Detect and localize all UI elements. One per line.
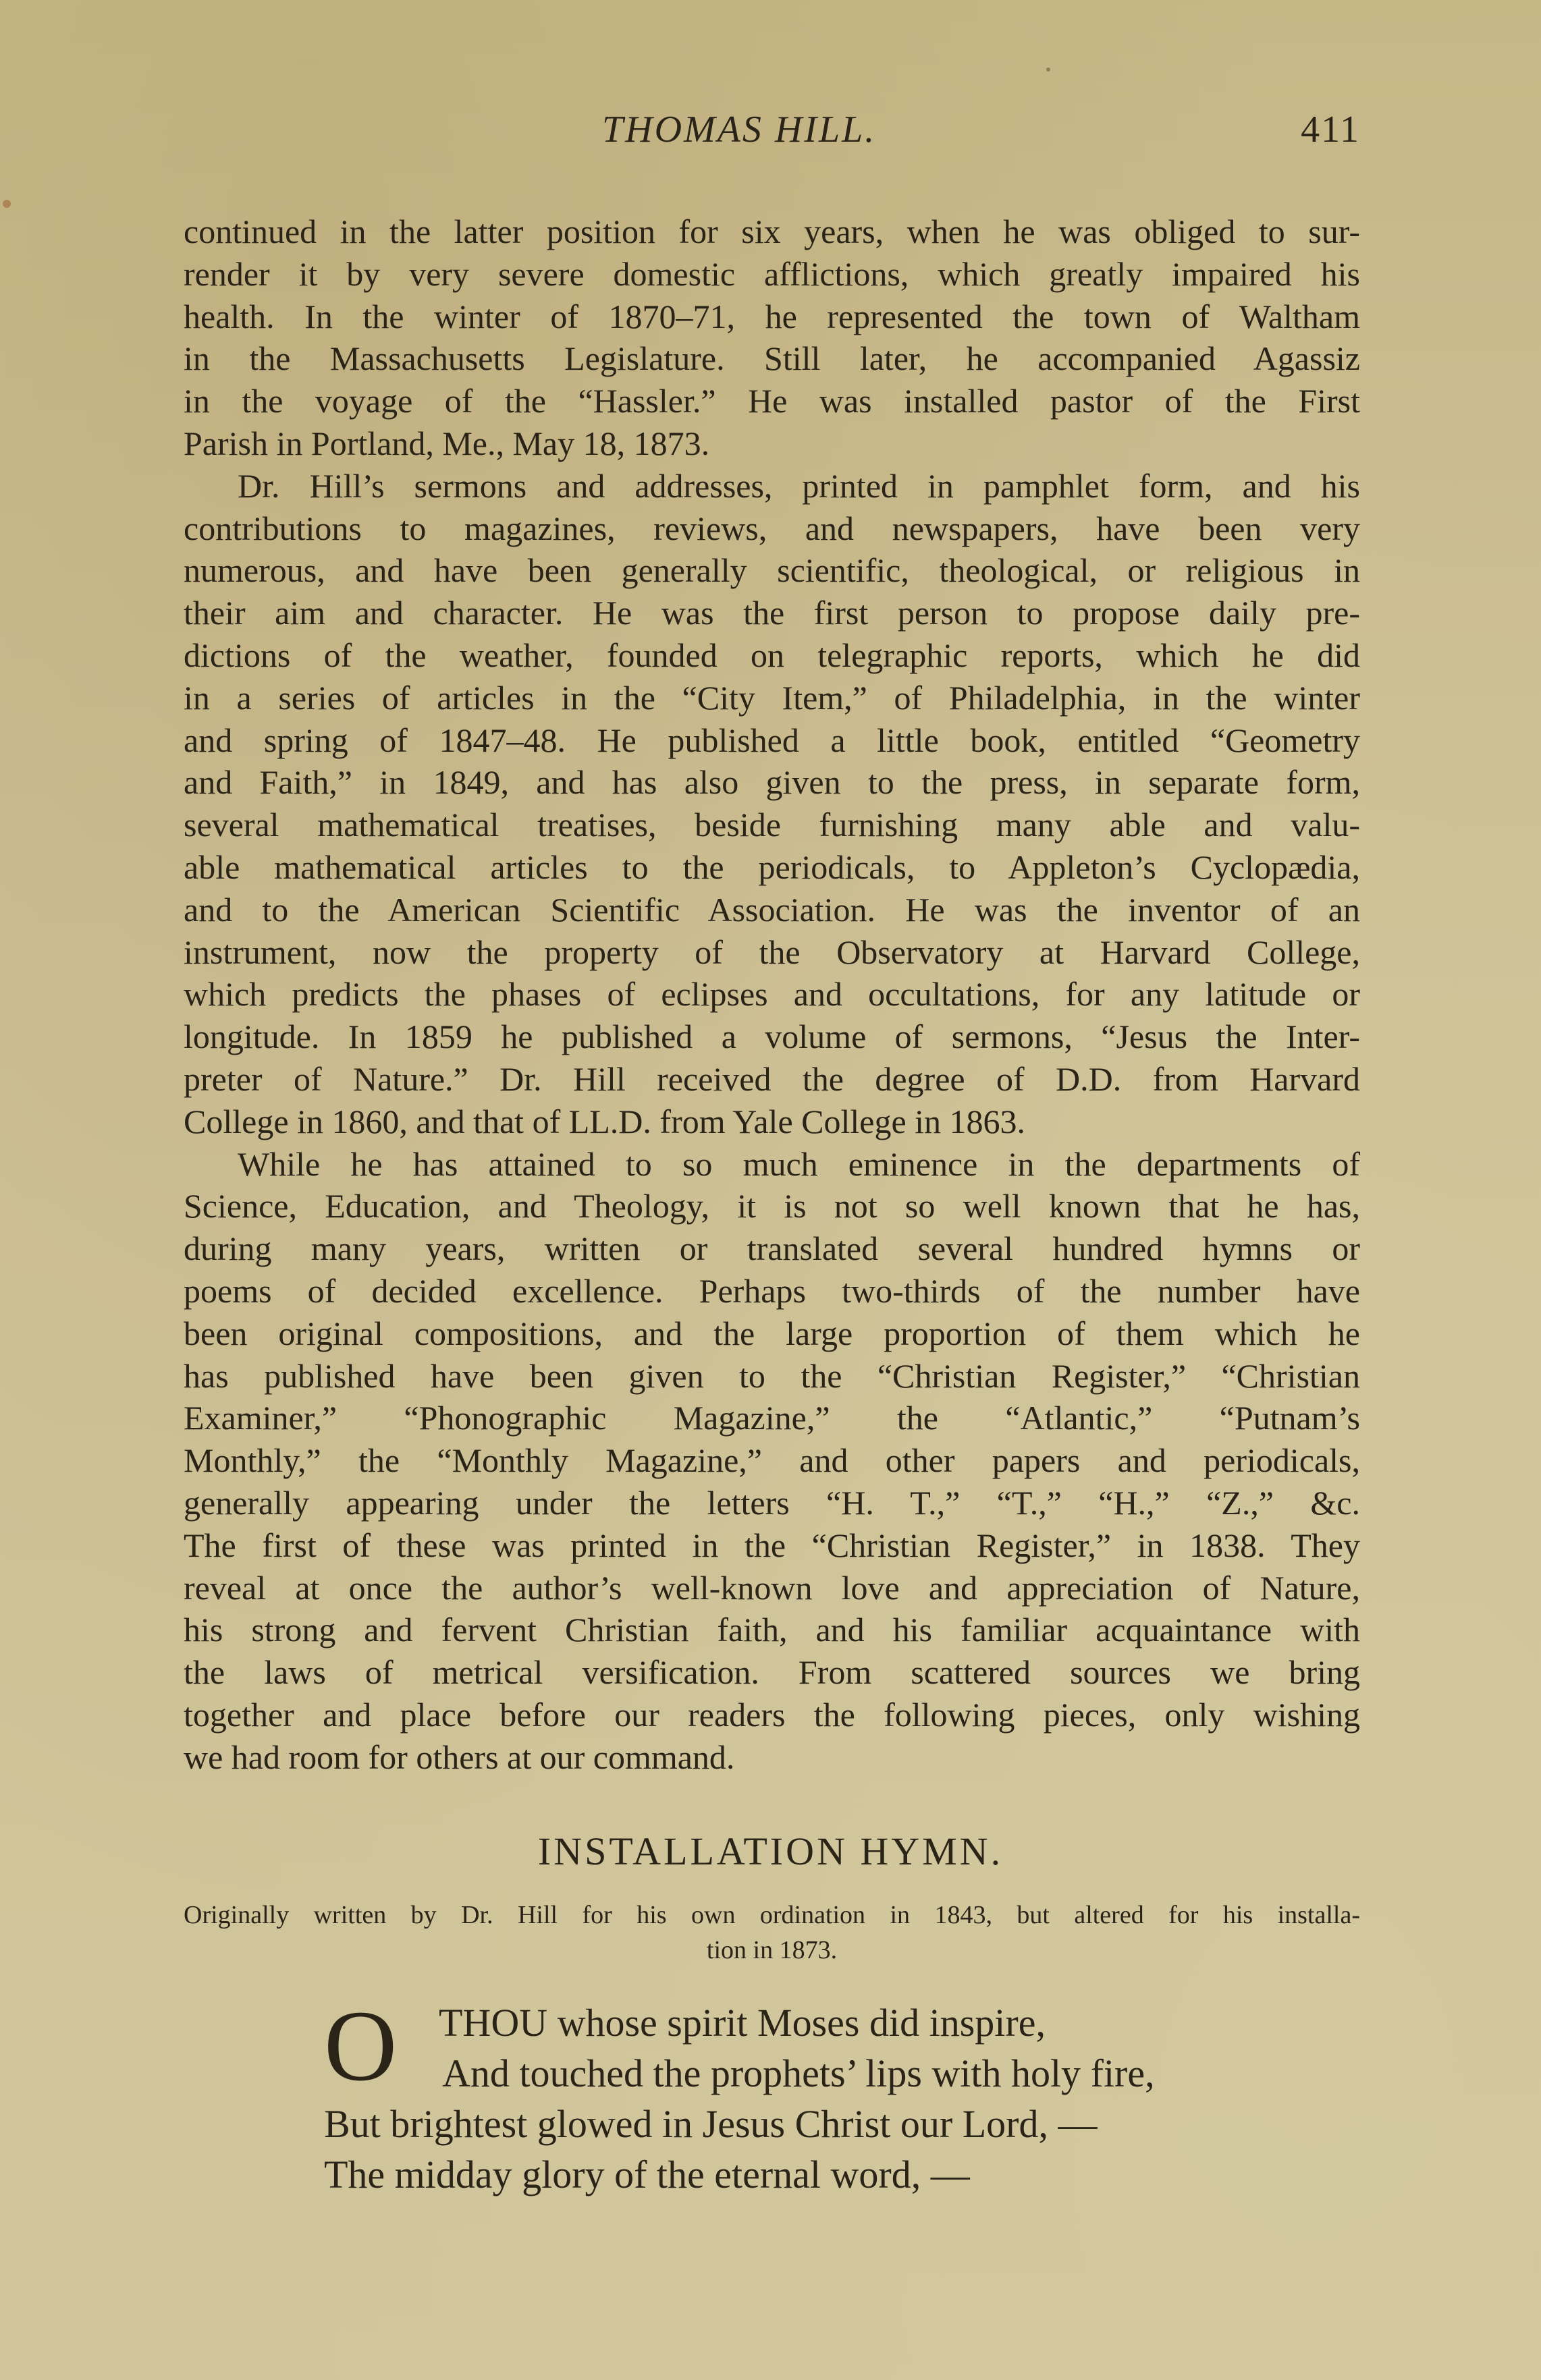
text-line: together and place before our readers th… (184, 1694, 1360, 1736)
text-line: been original compositions, and the larg… (184, 1312, 1360, 1355)
hymn-title: INSTALLATION HYMN. (0, 1829, 1541, 1874)
subtitle-line: tion in 1873. (184, 1933, 1360, 1968)
book-page: THOMAS HILL. 411 continued in the latter… (0, 0, 1541, 2380)
hymn-verse: O THOU whose spirit Moses did inspire, A… (324, 1997, 1363, 2200)
text-line: his strong and fervent Christian faith, … (184, 1609, 1360, 1651)
text-line: preter of Nature.” Dr. Hill received the… (184, 1058, 1360, 1101)
text-line: longitude. In 1859 he published a volume… (184, 1016, 1360, 1058)
paper-blemish (3, 200, 11, 208)
text-line: in the voyage of the “Hassler.” He was i… (184, 380, 1360, 422)
text-line: health. In the winter of 1870–71, he rep… (184, 296, 1360, 338)
text-line: instrument, now the property of the Obse… (184, 931, 1360, 974)
drop-cap: O (324, 1999, 397, 2093)
subtitle-line: Originally written by Dr. Hill for his o… (184, 1898, 1360, 1933)
text-line: and spring of 1847–48. He published a li… (184, 719, 1360, 762)
text-line: has published have been given to the “Ch… (184, 1355, 1360, 1397)
text-line: College in 1860, and that of LL.D. from … (184, 1101, 1360, 1143)
text-line: Science, Education, and Theology, it is … (184, 1185, 1360, 1227)
text-line: during many years, written or translated… (184, 1227, 1360, 1270)
verse-line: But brightest glowed in Jesus Christ our… (324, 2099, 1363, 2149)
paper-blemish (1046, 67, 1050, 72)
body-text: continued in the latter position for six… (184, 211, 1360, 1778)
text-line: and to the American Scientific Associati… (184, 889, 1360, 931)
paragraph: continued in the latter position for six… (184, 211, 1360, 465)
hymn-subtitle: Originally written by Dr. Hill for his o… (184, 1898, 1360, 1968)
verse-line: THOU whose spirit Moses did inspire, (324, 1997, 1363, 2048)
text-line: The first of these was printed in the “C… (184, 1524, 1360, 1567)
text-line: numerous, and have been generally scient… (184, 549, 1360, 592)
text-line: able mathematical articles to the period… (184, 846, 1360, 889)
text-line: we had room for others at our command. (184, 1736, 1360, 1779)
text-line: Dr. Hill’s sermons and addresses, printe… (184, 465, 1360, 507)
text-line: the laws of metrical versification. From… (184, 1651, 1360, 1694)
text-line: in the Massachusetts Legislature. Still … (184, 337, 1360, 380)
page-number: 411 (1301, 108, 1360, 151)
text-line: Parish in Portland, Me., May 18, 1873. (184, 422, 1360, 465)
text-line: Monthly,” the “Monthly Magazine,” and ot… (184, 1439, 1360, 1482)
text-line: Examiner,” “Phonographic Magazine,” the … (184, 1397, 1360, 1439)
text-line: generally appearing under the letters “H… (184, 1482, 1360, 1524)
running-title: THOMAS HILL. (602, 108, 876, 151)
text-line: continued in the latter position for six… (184, 211, 1360, 253)
text-line: which predicts the phases of eclipses an… (184, 973, 1360, 1016)
paragraph: While he has attained to so much eminenc… (184, 1143, 1360, 1779)
text-line: While he has attained to so much eminenc… (184, 1143, 1360, 1186)
text-line: and Faith,” in 1849, and has also given … (184, 761, 1360, 804)
text-line: contributions to magazines, reviews, and… (184, 507, 1360, 550)
text-line: several mathematical treatises, beside f… (184, 804, 1360, 846)
text-line: render it by very severe domestic afflic… (184, 253, 1360, 296)
text-line: their aim and character. He was the firs… (184, 592, 1360, 634)
text-line: poems of decided excellence. Perhaps two… (184, 1270, 1360, 1312)
paragraph: Dr. Hill’s sermons and addresses, printe… (184, 465, 1360, 1143)
text-line: dictions of the weather, founded on tele… (184, 634, 1360, 677)
text-line: in a series of articles in the “City Ite… (184, 677, 1360, 719)
verse-line: And touched the prophets’ lips with holy… (324, 2048, 1363, 2099)
verse-line: The midday glory of the eternal word, — (324, 2149, 1363, 2200)
running-head: THOMAS HILL. 411 (184, 108, 1360, 155)
text-line: reveal at once the author’s well-known l… (184, 1567, 1360, 1609)
